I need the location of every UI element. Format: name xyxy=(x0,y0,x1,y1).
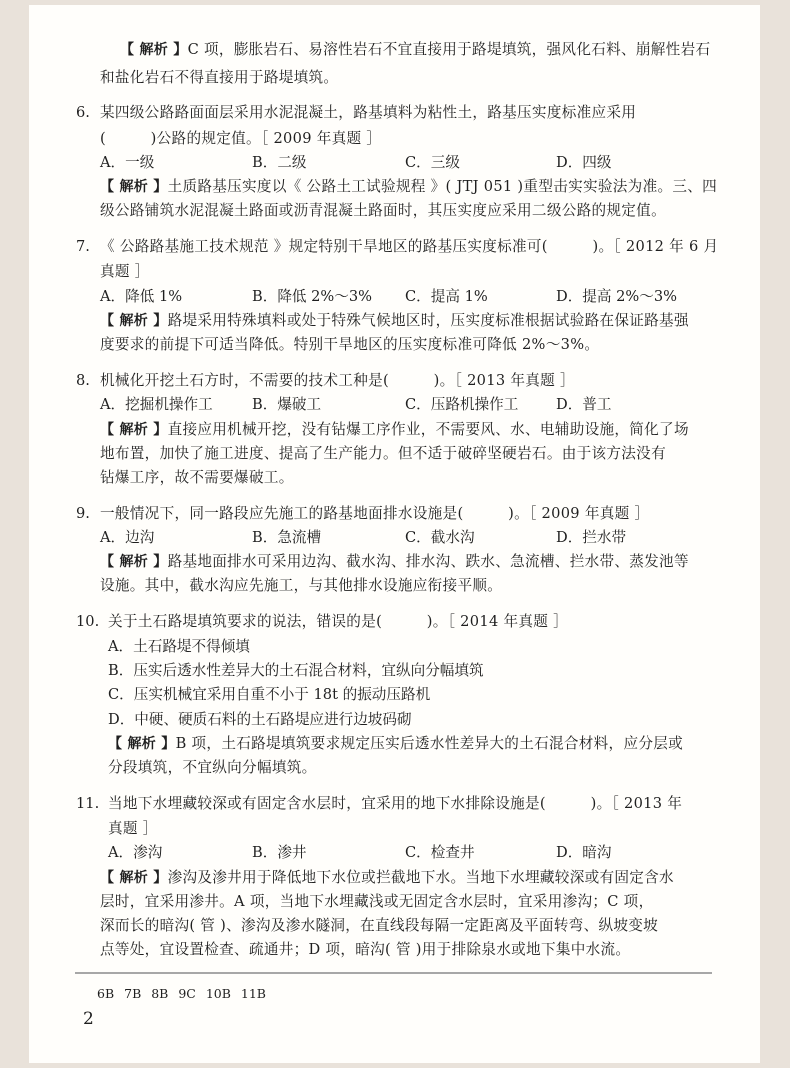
analysis-line: 深而长的暗沟( 管 )、渗沟及渗水隧洞，在直线段每隔一定距离及平面转弯、纵坡变坡 xyxy=(100,914,658,938)
analysis-label: 【 解析 】 xyxy=(120,42,188,58)
analysis-line: 钻爆工序，故不需要爆破工。 xyxy=(100,466,294,490)
option-c: C．截水沟 xyxy=(405,526,475,550)
question-number: 6. xyxy=(76,101,90,125)
analysis-line: 【 解析 】土质路基压实度以《 公路土工试验规程 》( JTJ 051 )重型击… xyxy=(100,175,717,199)
option-d: D．四级 xyxy=(556,151,611,175)
option-d: D．中硬、硬质石料的土石路堤应进行边坡码砌 xyxy=(108,708,412,732)
question-number: 8. xyxy=(76,369,90,393)
analysis-line: 级公路铺筑水泥混凝土路面或沥青混凝土路面时，其压实度应采用二级公路的规定值。 xyxy=(100,199,666,223)
option-b: B．爆破工 xyxy=(252,393,321,417)
analysis-line: 和盐化岩石不得直接用于路堤填筑。 xyxy=(100,66,338,90)
option-a: A．一级 xyxy=(100,151,154,175)
option-b: B．降低 2%～3% xyxy=(252,285,372,309)
question-stem: 机械化开挖土石方时，不需要的技术工种是( )。［ 2013 年真题 ］ xyxy=(100,369,575,393)
question-stem: ( )公路的规定值。［ 2009 年真题 ］ xyxy=(100,127,381,151)
analysis-line: 【 解析 】路基地面排水可采用边沟、截水沟、排水沟、跌水、急流槽、拦水带、蒸发池… xyxy=(100,550,689,574)
option-a: A．渗沟 xyxy=(108,841,162,865)
analysis-line: 层时，宜采用渗井。A 项，当地下水埋藏浅或无固定含水层时，宜采用渗沟；C 项， xyxy=(100,890,653,914)
question-number: 7. xyxy=(76,235,90,259)
option-c: C．提高 1% xyxy=(405,285,488,309)
option-c: C．三级 xyxy=(405,151,460,175)
question-stem: 某四级公路路面面层采用水泥混凝土，路基填料为粘性土，路基压实度标准应采用 xyxy=(100,101,636,125)
option-d: D．暗沟 xyxy=(556,841,611,865)
analysis-line: 分段填筑，不宜纵向分幅填筑。 xyxy=(108,756,317,780)
option-a: A．土石路堤不得倾填 xyxy=(108,635,250,659)
option-a: A．降低 1% xyxy=(100,285,182,309)
analysis-line: 【 解析 】C 项，膨胀岩石、易溶性岩石不宜直接用于路堤填筑，强风化石料、崩解性… xyxy=(120,38,741,62)
question-number: 9. xyxy=(76,502,90,526)
question-stem: 关于土石路堤填筑要求的说法，错误的是( )。［ 2014 年真题 ］ xyxy=(108,610,568,634)
option-d: D．普工 xyxy=(556,393,611,417)
option-d: D．提高 2%～3% xyxy=(556,285,677,309)
analysis-label: 【 解析 】 xyxy=(100,422,168,438)
question-stem: 一般情况下，同一路段应先施工的路基地面排水设施是( )。［ 2009 年真题 ］ xyxy=(100,502,649,526)
option-b: B．急流槽 xyxy=(252,526,321,550)
page-number: 2 xyxy=(83,1007,94,1031)
analysis-line: 【 解析 】直接应用机械开挖，没有钻爆工序作业，不需要风、水、电辅助设施，简化了… xyxy=(100,418,689,442)
footnote-divider xyxy=(75,972,712,974)
analysis-label: 【 解析 】 xyxy=(100,313,168,329)
option-a: A．边沟 xyxy=(100,526,154,550)
option-b: B．渗井 xyxy=(252,841,307,865)
analysis-label: 【 解析 】 xyxy=(100,179,168,195)
option-b: B．二级 xyxy=(252,151,307,175)
question-stem: 真题 ］ xyxy=(100,260,150,284)
analysis-line: 度要求的前提下可适当降低。特别干旱地区的压实度标准可降低 2%～3%。 xyxy=(100,333,599,357)
question-stem: 《 公路路基施工技术规范 》规定特别干旱地区的路基压实度标准可( )。［ 201… xyxy=(100,235,718,259)
option-a: A．挖掘机操作工 xyxy=(100,393,213,417)
analysis-line: 【 解析 】路堤采用特殊填料或处于特殊气候地区时，压实度标准根据试验路在保证路基… xyxy=(100,309,689,333)
question-number: 10. xyxy=(76,610,99,634)
analysis-line: 【 解析 】B 项，土石路堤填筑要求规定压实后透水性差异大的土石混合材料，应分层… xyxy=(108,732,683,756)
analysis-label: 【 解析 】 xyxy=(100,870,168,886)
analysis-label: 【 解析 】 xyxy=(100,554,168,570)
document-page: 【 解析 】C 项，膨胀岩石、易溶性岩石不宜直接用于路堤填筑，强风化石料、崩解性… xyxy=(29,5,760,1063)
analysis-line: 地布置，加快了施工进度、提高了生产能力。但不适于破碎坚硬岩石。由于该方法没有 xyxy=(100,442,666,466)
analysis-line: 点等处，宜设置检查、疏通井；D 项，暗沟( 管 )用于排除泉水或地下集中水流。 xyxy=(100,938,630,962)
analysis-line: 设施。其中，截水沟应先施工，与其他排水设施应衔接平顺。 xyxy=(100,574,502,598)
option-c: C．压实机械宜采用自重不小于 18t 的振动压路机 xyxy=(108,683,430,707)
option-b: B．压实后透水性差异大的土石混合材料，宜纵向分幅填筑 xyxy=(108,659,484,683)
question-number: 11. xyxy=(76,792,99,816)
question-stem: 当地下水埋藏较深或有固定含水层时，宜采用的地下水排除设施是( )。［ 2013 … xyxy=(108,792,682,816)
option-d: D．拦水带 xyxy=(556,526,626,550)
analysis-line: 【 解析 】渗沟及渗井用于降低地下水位或拦截地下水。当地下水埋藏较深或有固定含水 xyxy=(100,866,674,890)
question-stem: 真题 ］ xyxy=(108,817,158,841)
option-c: C．压路机操作工 xyxy=(405,393,518,417)
option-c: C．检查井 xyxy=(405,841,475,865)
analysis-label: 【 解析 】 xyxy=(108,736,176,752)
answer-key: 6B 7B 8B 9C 10B 11B xyxy=(97,983,266,1005)
